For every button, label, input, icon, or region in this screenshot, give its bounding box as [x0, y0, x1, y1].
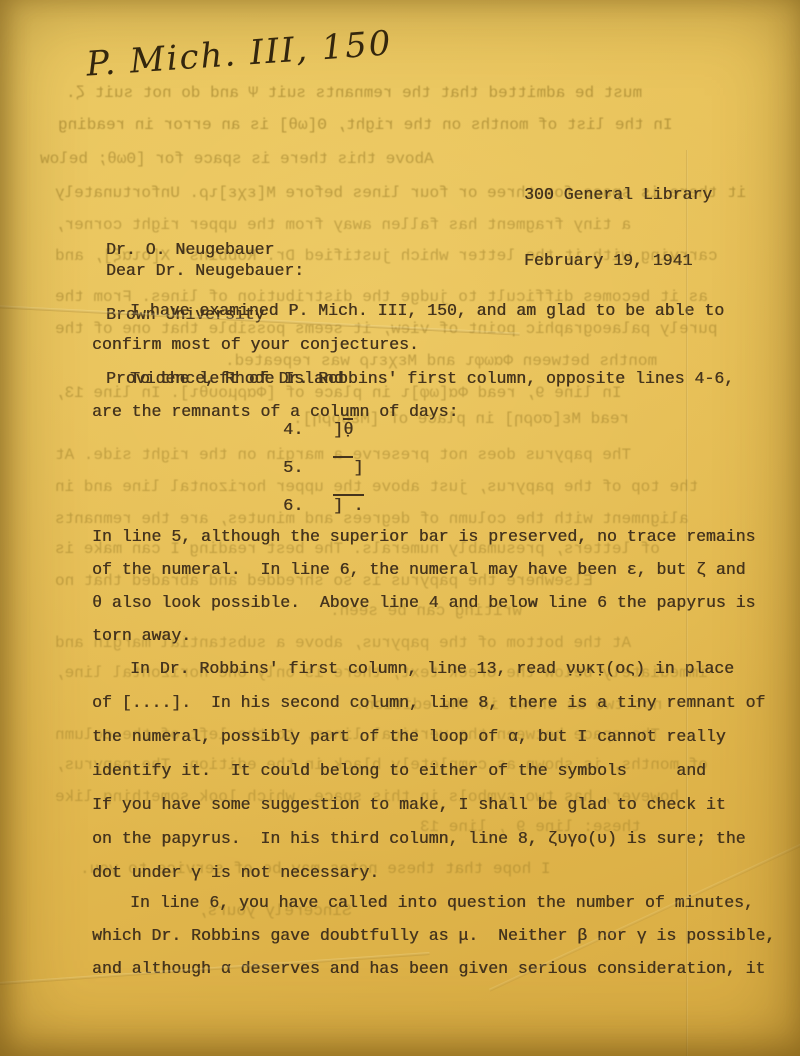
body-line: To the left of Dr. Robbins' first column… [92, 362, 734, 395]
salutation: Dear Dr. Neugebauer: [106, 261, 304, 280]
body-line: In line 5, although the superior bar is … [92, 520, 755, 553]
date-line: February 19, 1941 [524, 250, 712, 272]
body-line: confirm most of your conjectures. [92, 328, 724, 362]
day-number: 5. [283, 459, 333, 478]
body-line: In Dr. Robbins' first column, line 13, r… [92, 652, 765, 686]
letterhead: 300 General Library February 19, 1941 [524, 140, 712, 316]
day-number: 6. [283, 497, 333, 516]
recipient-name: Dr. O. Neugebauer [106, 239, 344, 261]
body-line: are the remnants of a column of days: [92, 395, 734, 428]
paragraph-1: I have examined P. Mich. III, 150, and a… [92, 294, 724, 362]
papyrus-trace-symbol: ] . [333, 494, 364, 516]
body-line: If you have some suggestion to make, I s… [92, 788, 765, 822]
body-line: which Dr. Robbins gave doubtfully as μ. … [92, 919, 775, 952]
body-line: identify it. It could belong to either o… [92, 754, 765, 788]
body-line: dot under γ is not necessary. [92, 856, 765, 890]
day-item: 5. ] [283, 459, 364, 497]
bleedthrough-line: the top of the papyrus, just above the u… [55, 478, 698, 496]
papyrus-trace-symbol: ] [333, 456, 364, 478]
body-line: the numeral, possibly part of the loop o… [92, 720, 765, 754]
day-number: 4. [283, 421, 333, 440]
body-line: of [....]. In his second column, line 8,… [92, 686, 765, 720]
body-line: In line 6, you have called into question… [92, 886, 775, 919]
body-line: I have examined P. Mich. III, 150, and a… [92, 294, 724, 328]
body-line: on the papyrus. In his third column, lin… [92, 822, 765, 856]
paragraph-3: In line 5, although the superior bar is … [92, 520, 755, 652]
letter-page: must be admitted that the remnants suit … [0, 0, 800, 1056]
body-line: torn away. [92, 619, 755, 652]
papyrus-trace-symbol: ]θ̣ [333, 418, 353, 440]
day-column-list: 4.]θ̣5. ]6.] . [283, 421, 364, 535]
bleedthrough-line: Above this there is space for [Θωθ; belo… [40, 150, 434, 168]
day-item: 4.]θ̣ [283, 421, 364, 459]
office-line: 300 General Library [524, 184, 712, 206]
paragraph-5: In line 6, you have called into question… [92, 886, 775, 985]
bleedthrough-line: must be admitted that the remnants suit … [66, 84, 642, 102]
paragraph-4: In Dr. Robbins' first column, line 13, r… [92, 652, 765, 890]
body-line: of the numeral. In line 6, the numeral m… [92, 553, 755, 586]
paragraph-2: To the left of Dr. Robbins' first column… [92, 362, 734, 428]
bleedthrough-line: In the list of months on the right, Θ[ωθ… [58, 116, 673, 134]
body-line: θ also look possible. Above line 4 and b… [92, 586, 755, 619]
body-line: and although α deserves and has been giv… [92, 952, 775, 985]
